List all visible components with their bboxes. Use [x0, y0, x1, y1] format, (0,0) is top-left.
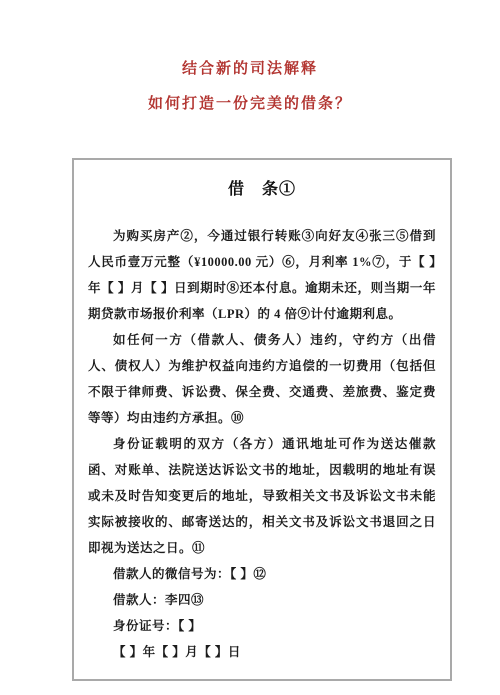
iou-heading: 借 条① — [88, 176, 436, 199]
line-borrower-name: 借款人：李四⑬ — [88, 587, 436, 613]
paragraph-service-address: 身份证载明的双方（各方）通讯地址可作为送达催款函、对账单、法院送达诉讼文书的地址… — [88, 431, 436, 561]
iou-note-box: 借 条① 为购买房产②，今通过银行转账③向好友④张三⑤借到人民币壹万元整（¥10… — [72, 158, 452, 681]
line-id-number: 身份证号：【 】 — [88, 613, 436, 639]
title-line-1: 结合新的司法解释 — [0, 52, 500, 87]
document-title: 结合新的司法解释 如何打造一份完美的借条？ — [0, 52, 500, 122]
document-page: 结合新的司法解释 如何打造一份完美的借条？ 借 条① 为购买房产②，今通过银行转… — [0, 52, 500, 681]
paragraph-loan-terms: 为购买房产②，今通过银行转账③向好友④张三⑤借到人民币壹万元整（¥10000.0… — [88, 223, 436, 327]
line-date: 【 】年【 】月【 】日 — [88, 639, 436, 665]
line-borrower-wechat: 借款人的微信号为：【 】⑫ — [88, 561, 436, 587]
title-line-2: 如何打造一份完美的借条？ — [0, 87, 500, 122]
paragraph-breach-costs: 如任何一方（借款人、债务人）违约，守约方（出借人、债权人）为维护权益向违约方追偿… — [88, 327, 436, 431]
